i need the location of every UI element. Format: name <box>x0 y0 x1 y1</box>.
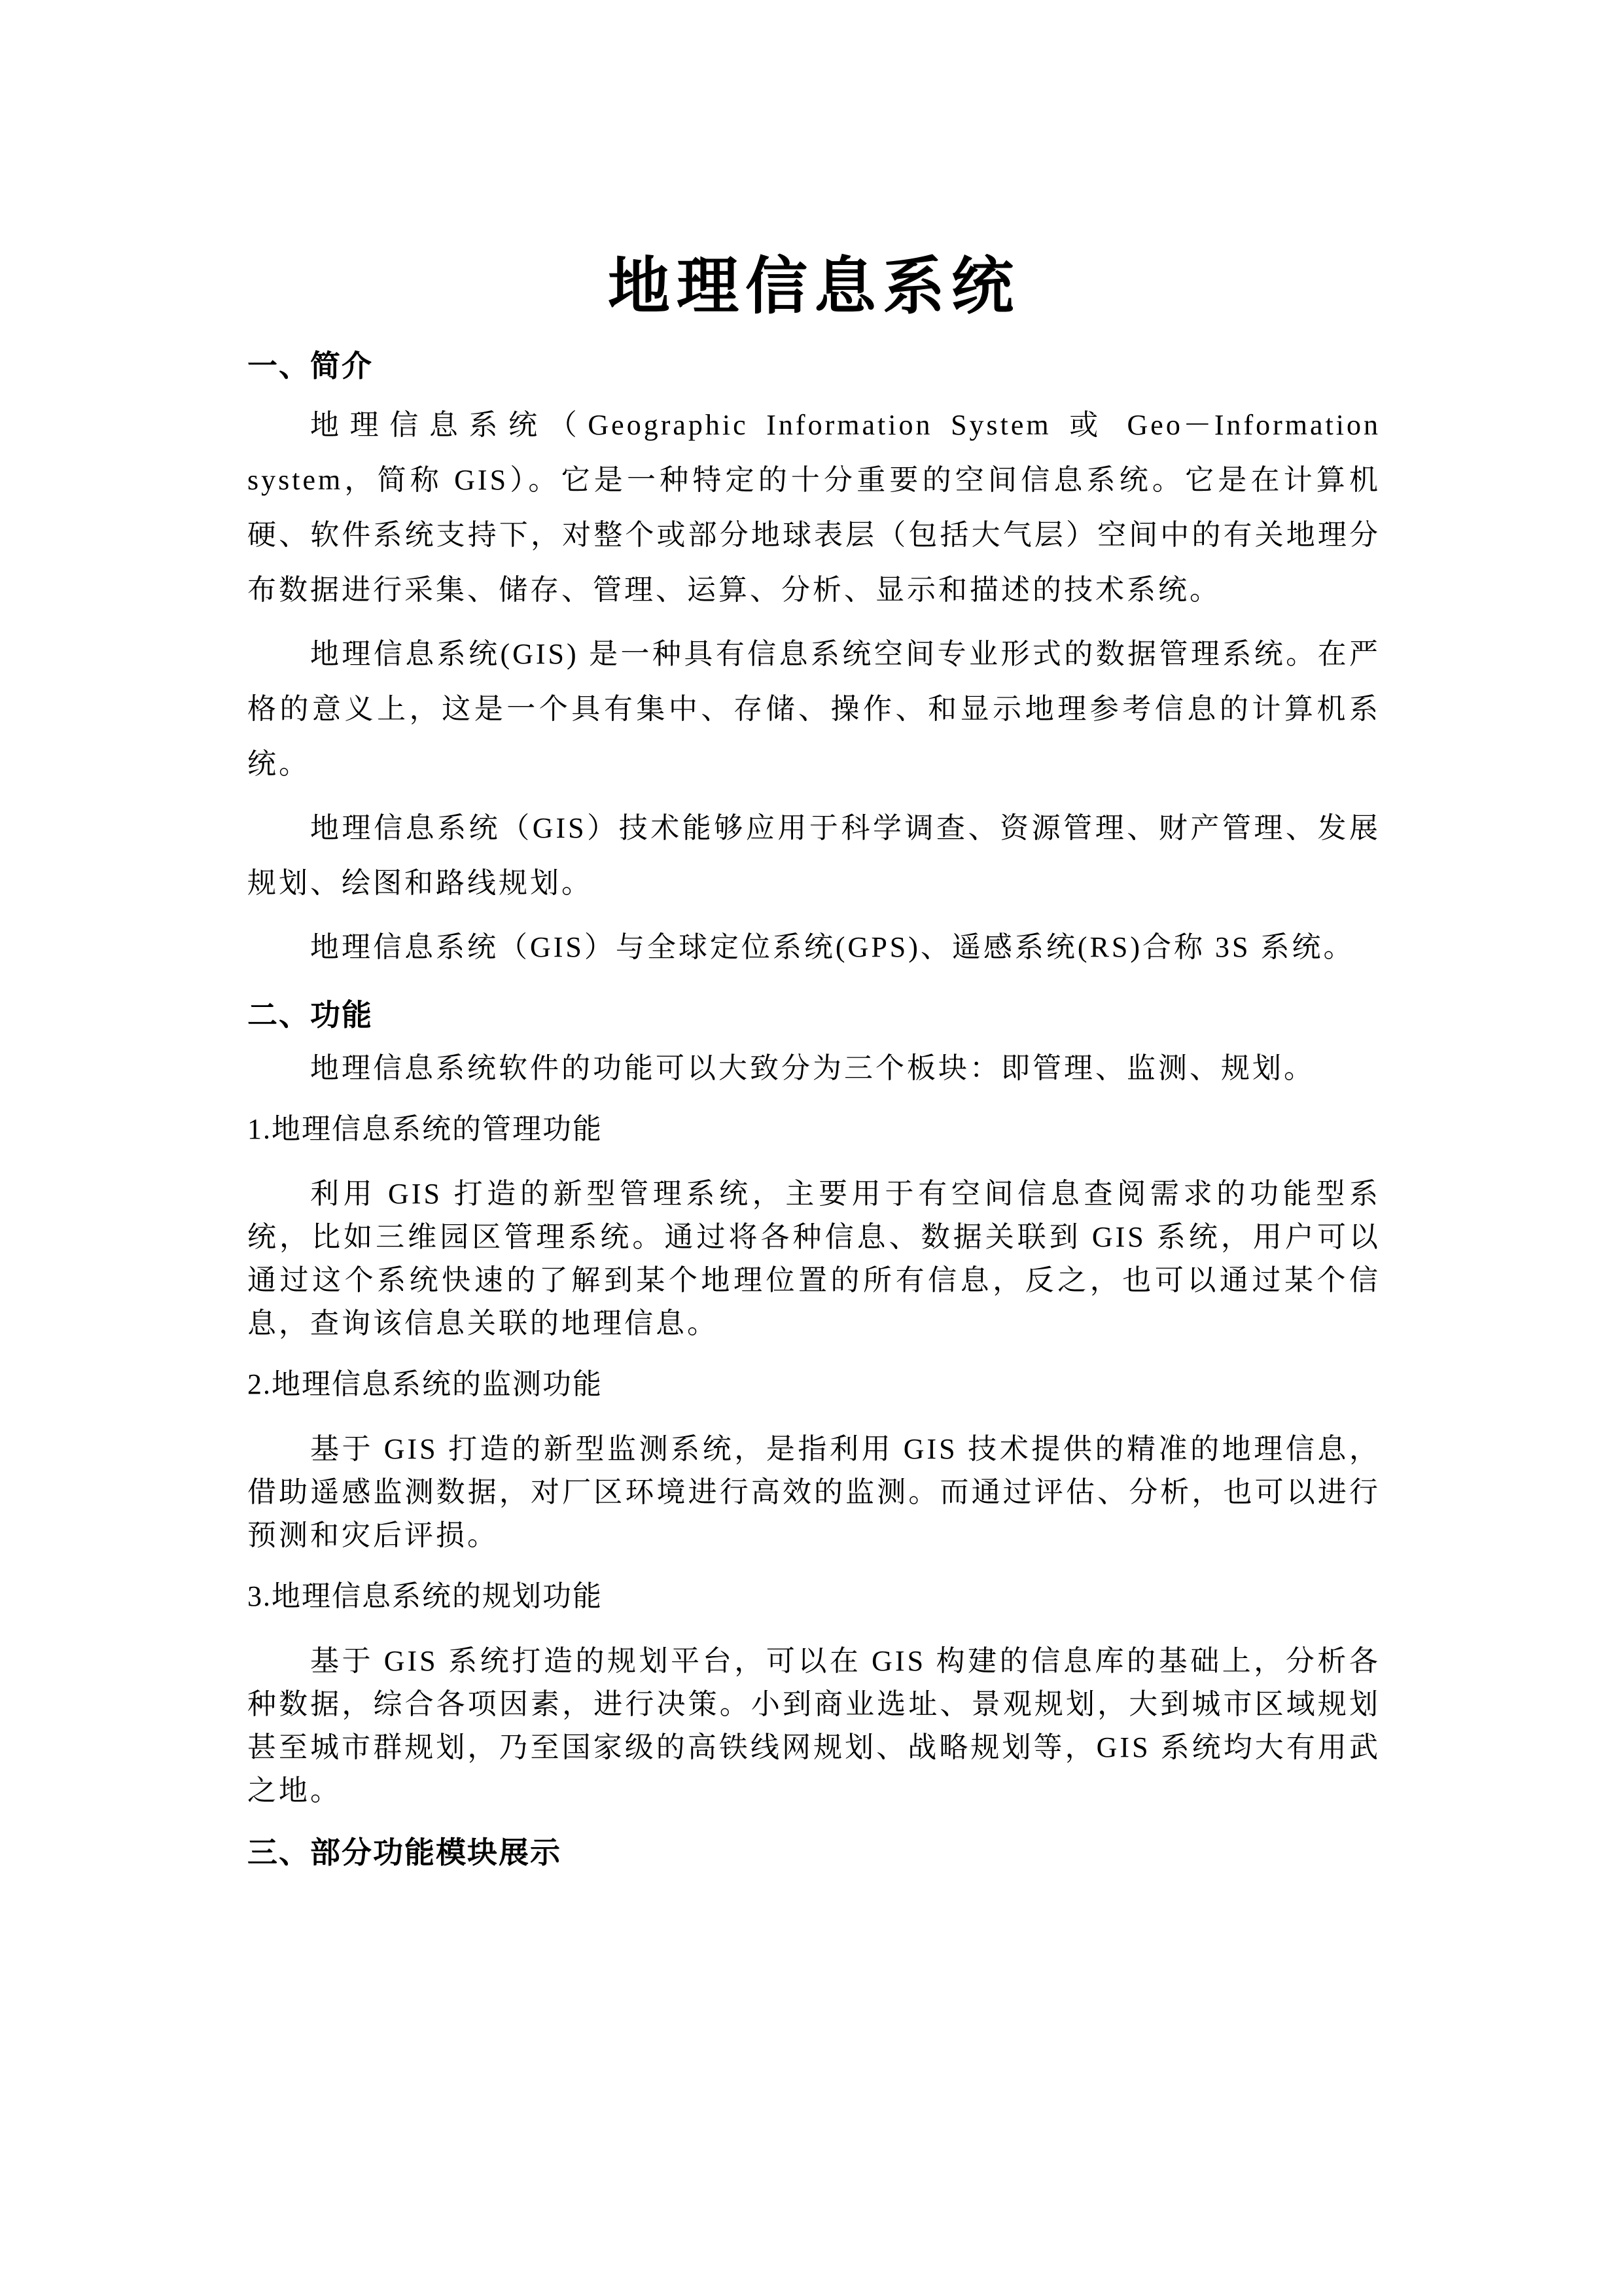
section-1-paragraph-2: 地理信息系统(GIS) 是一种具有信息系统空间专业形式的数据管理系统。在严格的意… <box>247 627 1381 792</box>
subsection-3-heading: 3.地理信息系统的规划功能 <box>247 1577 1381 1616</box>
section-2-intro-paragraph: 地理信息系统软件的功能可以大致分为三个板块：即管理、监测、规划。 <box>247 1047 1381 1090</box>
section-1-heading: 一、简介 <box>247 345 1381 387</box>
document-page: 地理信息系统 一、简介 地理信息系统（Geographic Informatio… <box>0 0 1624 2296</box>
document-title: 地理信息系统 <box>247 247 1381 326</box>
subsection-3-paragraph: 基于 GIS 系统打造的规划平台，可以在 GIS 构建的信息库的基础上，分析各种… <box>247 1640 1381 1812</box>
section-1-paragraph-1: 地理信息系统（Geographic Information System 或 G… <box>247 398 1381 618</box>
section-3-heading: 三、部分功能模块展示 <box>247 1832 1381 1874</box>
section-1-paragraph-4: 地理信息系统（GIS）与全球定位系统(GPS)、遥感系统(RS)合称 3S 系统… <box>247 920 1381 975</box>
subsection-2-paragraph: 基于 GIS 打造的新型监测系统，是指利用 GIS 技术提供的精准的地理信息，借… <box>247 1428 1381 1557</box>
subsection-1-paragraph: 利用 GIS 打造的新型管理系统，主要用于有空间信息查阅需求的功能型系统，比如三… <box>247 1173 1381 1345</box>
section-2-heading: 二、功能 <box>247 995 1381 1036</box>
subsection-1-heading: 1.地理信息系统的管理功能 <box>247 1110 1381 1149</box>
subsection-2-heading: 2.地理信息系统的监测功能 <box>247 1365 1381 1404</box>
section-1-paragraph-3: 地理信息系统（GIS）技术能够应用于科学调查、资源管理、财产管理、发展规划、绘图… <box>247 801 1381 911</box>
